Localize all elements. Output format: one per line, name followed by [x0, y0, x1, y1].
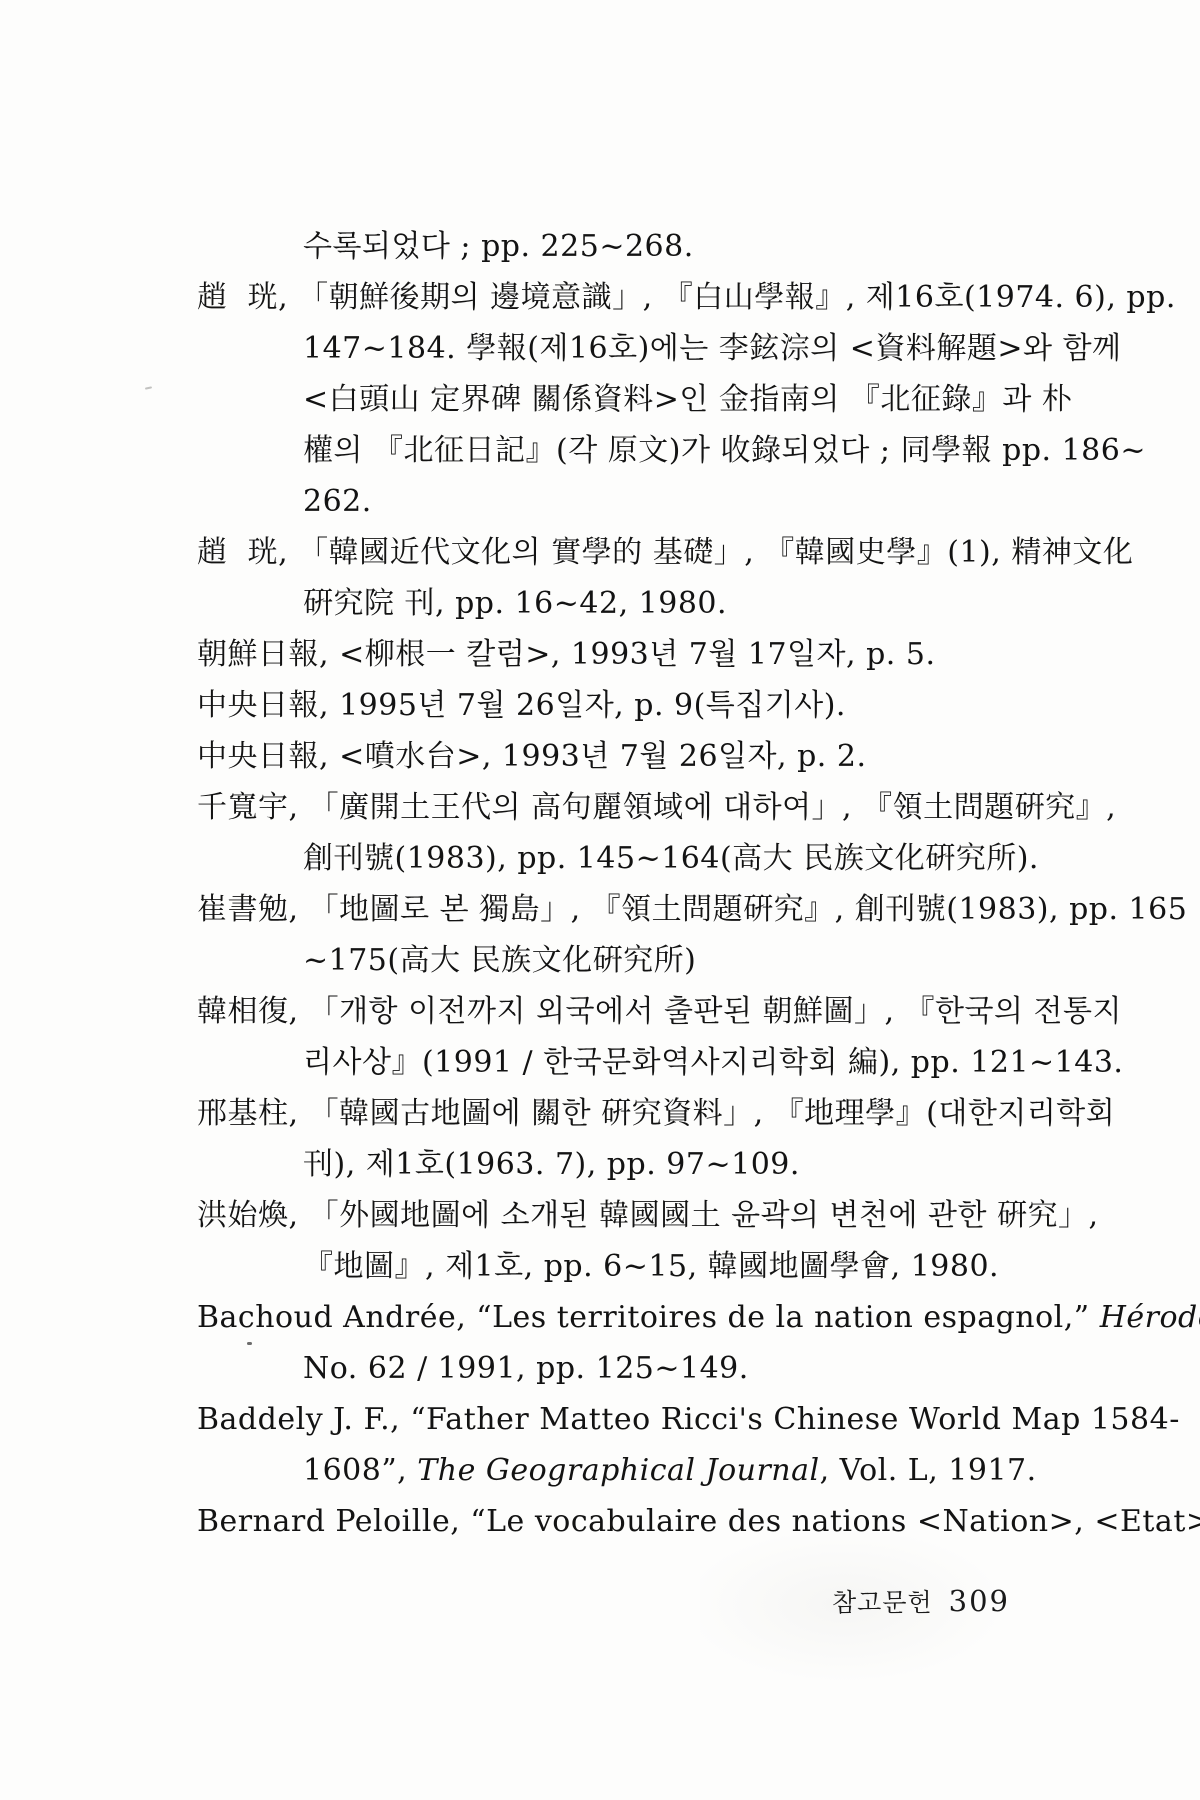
bib-line: 朝鮮日報, <柳根一 칼럼>, 1993년 7월 17일자, p. 5.	[197, 629, 1067, 680]
bib-text: Bachoud Andrée, “Les territoires de la n…	[197, 1300, 1100, 1335]
journal-title-italic: The Geographical Journal	[417, 1453, 819, 1488]
bib-line: 1608”, The Geographical Journal, Vol. L,…	[197, 1445, 1067, 1496]
bib-text: , Vol. L, 1917.	[820, 1453, 1037, 1488]
bib-line: 수록되었다 ; pp. 225~268.	[197, 221, 1067, 272]
scan-speck	[247, 1342, 252, 1345]
book-page: 수록되었다 ; pp. 225~268. 趙 珖, 「朝鮮後期의 邊境意識」, …	[0, 0, 1200, 1800]
scan-speck	[145, 386, 152, 389]
bib-line: 리사상』(1991 / 한국문화역사지리학회 編), pp. 121~143.	[197, 1037, 1067, 1088]
bib-line: Bernard Peloille, “Le vocabulaire des na…	[197, 1496, 1067, 1547]
bib-line: 中央日報, <噴水台>, 1993년 7월 26일자, p. 2.	[197, 731, 1067, 782]
bib-line: 硏究院 刊, pp. 16~42, 1980.	[197, 578, 1067, 629]
bib-line: 崔書勉, 「地圖로 본 獨島」, 『領土問題硏究』, 創刊號(1983), pp…	[197, 884, 1067, 935]
bib-line: 洪始煥, 「外國地圖에 소개된 韓國國土 윤곽의 변천에 관한 硏究」,	[197, 1190, 1067, 1241]
bib-line: 262.	[197, 476, 1067, 527]
bib-line: Bachoud Andrée, “Les territoires de la n…	[197, 1292, 1067, 1343]
bib-line: 權의 『北征日記』(각 原文)가 收錄되었다 ; 同學報 pp. 186~	[197, 425, 1067, 476]
bib-line: 147~184. 學報(제16호)에는 李鉉淙의 <資料解題>와 함께	[197, 323, 1067, 374]
bib-line: 中央日報, 1995년 7월 26일자, p. 9(특집기사).	[197, 680, 1067, 731]
journal-title-italic: Hérodote	[1100, 1300, 1200, 1335]
bib-line: Baddely J. F., “Father Matteo Ricci's Ch…	[197, 1394, 1067, 1445]
bib-line: 千寬宇, 「廣開土王代의 高句麗領域에 대하여」, 『領土問題硏究』,	[197, 782, 1067, 833]
section-label: 참고문헌	[832, 1583, 933, 1619]
bib-line: 創刊號(1983), pp. 145~164(高大 民族文化硏究所).	[197, 833, 1067, 884]
bib-line: 刊), 제1호(1963. 7), pp. 97~109.	[197, 1139, 1067, 1190]
bib-text: 1608”,	[303, 1453, 417, 1488]
bib-line: 『地圖』, 제1호, pp. 6~15, 韓國地圖學會, 1980.	[197, 1241, 1067, 1292]
page-footer: 참고문헌 309	[832, 1583, 1010, 1619]
page-number: 309	[949, 1584, 1010, 1618]
bib-line: 趙 珖, 「韓國近代文化의 實學的 基礎」, 『韓國史學』(1), 精神文化	[197, 527, 1067, 578]
bibliography-text-block: 수록되었다 ; pp. 225~268. 趙 珖, 「朝鮮後期의 邊境意識」, …	[197, 221, 1067, 1547]
bib-line: No. 62 / 1991, pp. 125~149.	[197, 1343, 1067, 1394]
bib-line: 趙 珖, 「朝鮮後期의 邊境意識」, 『白山學報』, 제16호(1974. 6)…	[197, 272, 1067, 323]
bib-line: 韓相復, 「개항 이전까지 외국에서 출판된 朝鮮圖」, 『한국의 전통지	[197, 986, 1067, 1037]
bib-line: 邢基柱, 「韓國古地圖에 關한 硏究資料」, 『地理學』(대한지리학회	[197, 1088, 1067, 1139]
scanned-page: { "page": { "footer": { "section_label":…	[0, 0, 1200, 1800]
bib-line: <白頭山 定界碑 關係資料>인 金指南의 『北征錄』과 朴	[197, 374, 1067, 425]
bib-line: ~175(高大 民族文化硏究所)	[197, 935, 1067, 986]
